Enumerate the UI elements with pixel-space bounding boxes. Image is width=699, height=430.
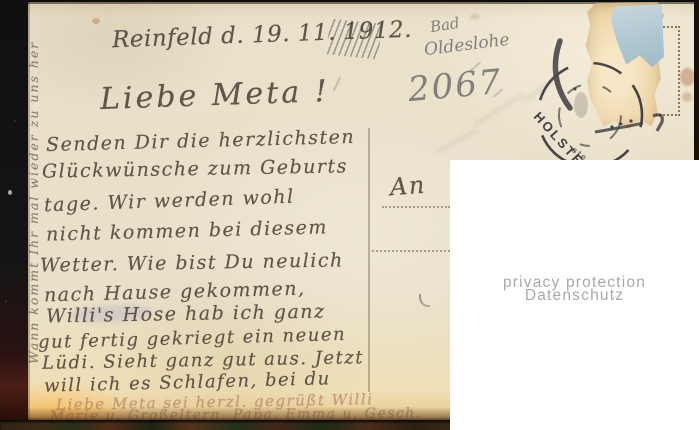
pencil-hatch-over-year [326,18,381,59]
address-dotted-line [372,250,450,252]
margin-note-vertical: Wann kommt Ihr mal wieder zu uns her [26,112,41,364]
privacy-overlay-text-de: Datenschutz [525,289,624,302]
postcard-scan: Reinfeld d. 19. 11. 1912. Liebe Meta ! S… [0,0,699,430]
scan-border-left [0,0,28,430]
address-dotted-line [382,206,450,208]
pencil-number: 2067 [406,62,504,110]
postmark-stroke [555,41,570,108]
privacy-overlay: privacy protection Datenschutz [450,160,699,430]
scan-border-right [694,0,699,162]
photo-edge-strip [0,420,460,430]
paper-bottom-shadow [28,407,458,421]
message-address-divider [368,128,370,392]
postmark: HOLSTEi ste. [515,25,680,175]
address-to-label: An [389,171,427,201]
